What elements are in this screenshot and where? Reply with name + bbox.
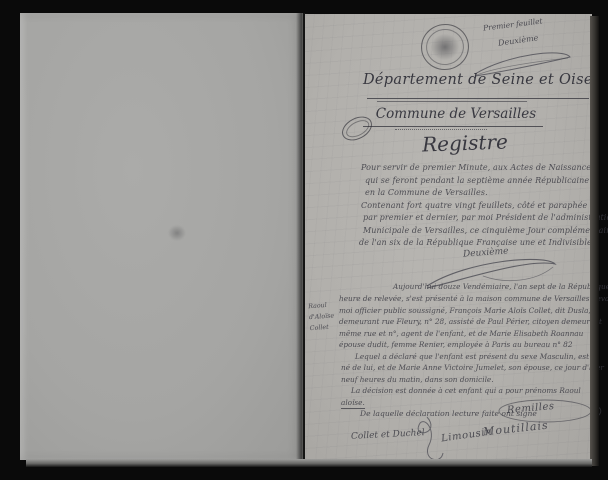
act-line: Aujourd'hui douze Vendémiaire, l'an sept…	[393, 282, 608, 291]
naming-line-underlined: aloïse.	[341, 398, 365, 409]
act-line: même rue et n°, agent de l'enfant, et de…	[339, 329, 583, 338]
round-seal-stamp-icon	[418, 21, 472, 73]
page-fore-edge	[590, 16, 599, 466]
intro-line: par premier et dernier, par moi Présiden…	[363, 213, 608, 222]
act-line: moi officier public soussigné, François …	[339, 306, 591, 315]
registry-book-scan: Premier feuillet Deuxième Département de…	[0, 0, 608, 480]
naming-line: La décision est donnée à cet enfant qui …	[351, 386, 581, 395]
margin-note-line: d'Aloïse	[309, 312, 335, 321]
margin-note-line: Raoul	[308, 302, 327, 310]
margin-note: Raoul d'Aloïse Collet	[308, 299, 344, 334]
ink-smudge	[168, 225, 186, 241]
intro-line: de l'an six de la République Française u…	[359, 238, 594, 247]
blank-left-page	[20, 13, 303, 460]
declaration-line: Lequel a déclaré que l'enfant est présen…	[355, 352, 589, 361]
declaration-line: né de lui, et de Marie Anne Victoire Jum…	[341, 363, 604, 372]
intro-line: en la Commune de Versailles.	[365, 188, 488, 197]
intro-line: Pour servir de premier Minute, aux Actes…	[361, 163, 595, 172]
page-bottom-edge	[26, 459, 592, 467]
department-underline	[367, 98, 589, 102]
act-line: demeurant rue Fleury, n° 28, assisté de …	[339, 317, 602, 326]
act-line: heure de relevée, s'est présenté à la ma…	[339, 294, 608, 303]
top-note-second: Deuxième	[498, 33, 539, 48]
signature-fourth: Limousin	[440, 426, 492, 444]
margin-note-line: Collet	[310, 324, 329, 332]
top-note-first-sheet: Premier feuillet	[483, 16, 543, 32]
intro-line: qui se feront pendant la septième année …	[365, 176, 589, 185]
register-title: Registre	[403, 129, 528, 157]
intro-line: Municipale de Versailles, ce cinquième J…	[363, 226, 608, 235]
register-right-page: Premier feuillet Deuxième Département de…	[305, 14, 592, 464]
intro-line: Contenant fort quatre vingt feuillets, c…	[361, 201, 587, 210]
declaration-line: neuf heures du matin, dans son domicile.	[341, 375, 494, 384]
act-line: épouse dudit, femme Renier, employée à P…	[339, 340, 572, 349]
heading-commune: Commune de Versailles	[361, 106, 551, 122]
heading-department: Département de Seine et Oise	[363, 72, 589, 88]
